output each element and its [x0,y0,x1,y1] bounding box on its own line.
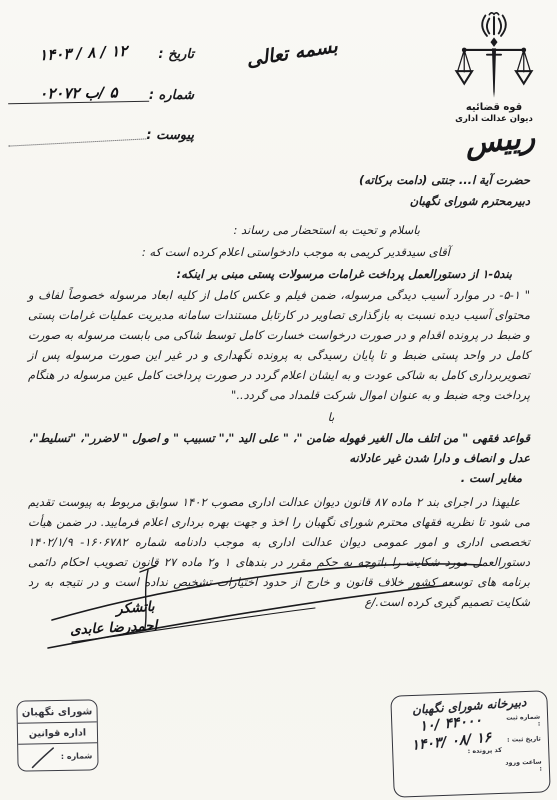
sender-role-calligraphy: رییس [440,117,557,164]
entry-time-row: ساعت ورود : [401,759,542,778]
clause-heading: بند۵-۱ از دستورالعمل پرداخت غرامات مرسول… [28,264,530,284]
with-word: با [80,407,557,427]
stamp-left-line2: اداره قوانین [18,722,97,744]
intro-line: آقای سیدقدیر کریمی به موجب دادخواستی اعل… [28,242,530,262]
signature-block: باتشکر احمدرضا عابدی [30,548,510,663]
judiciary-scales-icon [446,10,542,104]
signature-thanks: باتشکر [115,599,155,618]
number-handwritten-value: ۰۲۰۷۲ ب/ ۵ [8,83,149,104]
letter-body: حضرت آیة ا... جنتی (دامت برکاته) دبیرمحت… [28,170,530,612]
letterhead-fields: تاریخ : ۱۴۰۳ / ۸ / ۱۲ شماره : ۰۲۰۷۲ ب/ ۵… [8,44,194,143]
date-field: تاریخ : ۱۴۰۳ / ۸ / ۱۲ [8,44,194,62]
attachment-label: پیوست : [146,128,194,143]
number-field: شماره : ۰۲۰۷۲ ب/ ۵ [8,84,194,103]
date-label: تاریخ : [158,47,194,62]
entry-time-blank [401,763,503,774]
guardian-council-laws-office-stamp: شورای نگهبان اداره قوانین شماره : [16,699,98,771]
entry-time-label: ساعت ورود : [504,759,542,774]
org-name-judiciary: قوه قضائیه [436,102,552,113]
attachment-field: پیوست : [8,127,194,143]
number-label: شماره : [149,88,194,103]
quoted-directive-text: " ۵-۱- در موارد آسیب دیدگی مرسوله، ضمن ف… [28,285,530,405]
stamp-left-number-label: شماره : [61,751,93,761]
letterhead-emblem-block: قوه قضائیه دیوان عدالت اداری رییس [436,10,552,172]
salutation-line: باسلام و تحیت به استحضار می رساند : [28,220,530,240]
secretariat-registration-stamp: دبیرخانه شورای نگهبان شماره ثبت : ۱۰/ ۴۴… [390,690,550,797]
jurisprudence-principles: قواعد فقهی " من اتلف مال الغیر فهوله ضام… [28,428,530,468]
stamp-left-number-row: شماره : [18,743,97,770]
date-handwritten-value: ۱۴۰۳ / ۸ / ۱۲ [8,40,159,66]
recipient-title: دبیرمحترم شورای نگهبان [28,191,530,212]
registration-date-label: تاریخ ثبت : [503,735,541,743]
recipient-name: حضرت آیة ا... جنتی (دامت برکاته) [28,170,530,191]
signature-strokes-icon [30,548,510,663]
contrary-statement: مغایر است . [28,468,530,488]
registration-number-label: شماره ثبت : [502,714,540,729]
stamp-left-line1: شورای نگهبان [17,700,96,723]
handwritten-mark-icon [27,745,61,768]
